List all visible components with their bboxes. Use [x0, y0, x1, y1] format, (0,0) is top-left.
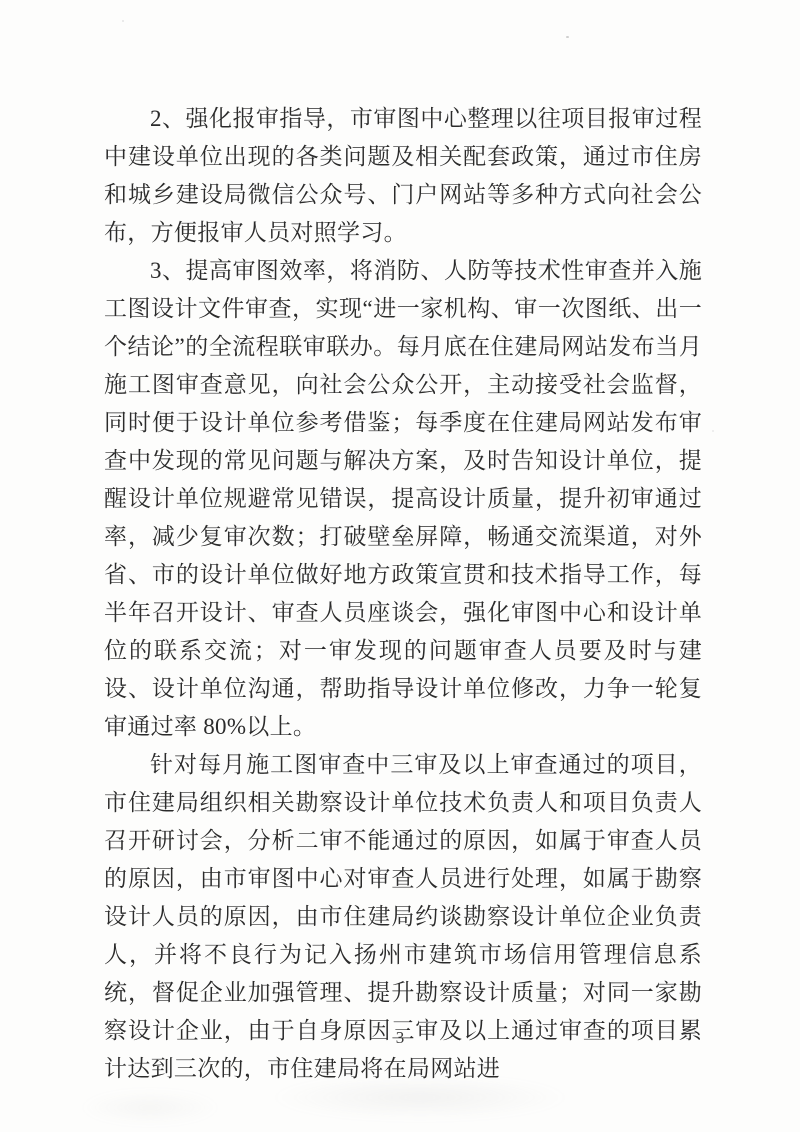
paragraph: 2、强化报审指导，市审图中心整理以往项目报审过程中建设单位出现的各类问题及相关配…: [104, 100, 702, 252]
scan-smudge: [80, 1090, 220, 1125]
scan-speck: [122, 20, 124, 22]
scan-speck: [566, 36, 569, 38]
scanned-document-page: 2、强化报审指导，市审图中心整理以往项目报审过程中建设单位出现的各类问题及相关配…: [0, 0, 800, 1132]
page-number: 3: [0, 1028, 800, 1048]
scan-speck: [712, 430, 714, 432]
document-body: 2、强化报审指导，市审图中心整理以往项目报审过程中建设单位出现的各类问题及相关配…: [104, 100, 702, 1088]
paragraph: 3、提高审图效率，将消防、人防等技术性审查并入施工图设计文件审查，实现“进一家机…: [104, 252, 702, 746]
